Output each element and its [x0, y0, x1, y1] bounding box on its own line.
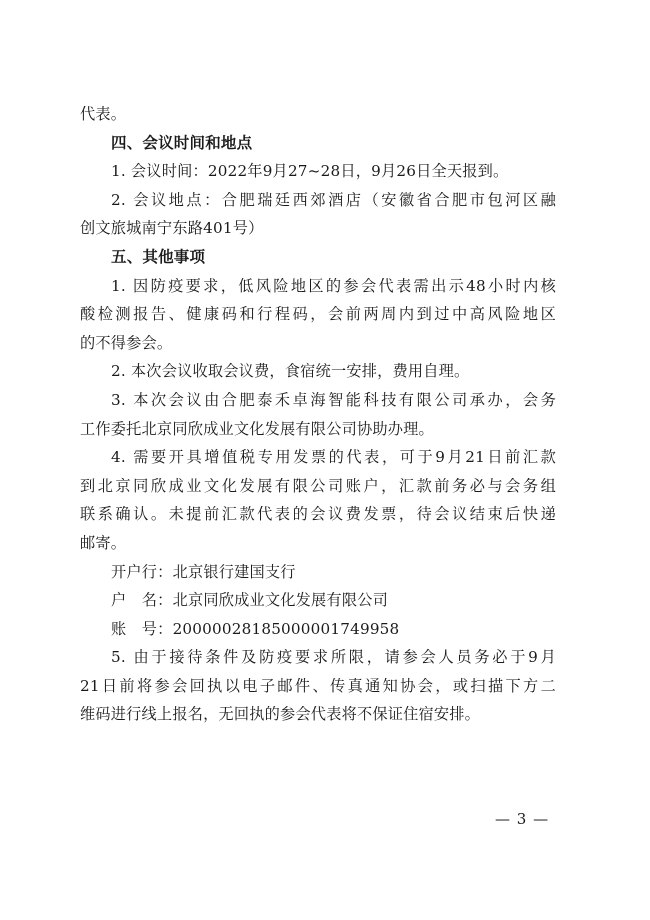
- document-page: 代表。 四、会议时间和地点 1. 会议时间：2022年9月27~28日，9月26…: [80, 100, 556, 729]
- account-number-row: 账 号：20000028185000001749958: [80, 615, 556, 644]
- item-4-line-4: 邮寄。: [80, 529, 556, 558]
- meeting-location: 2. 会议地点：合肥瑞廷西郊酒店（安徽省合肥市包河区融: [80, 186, 556, 215]
- meeting-location-cont: 创文旅城南宁东路401号）: [80, 214, 556, 243]
- account-number-label: 账 号：: [111, 615, 173, 644]
- account-name-value: 北京同欣成业文化发展有限公司: [173, 591, 388, 609]
- item-3-line-2: 工作委托北京同欣成业文化发展有限公司协助办理。: [80, 415, 556, 444]
- item-4-line-1: 4. 需要开具增值税专用发票的代表，可于9月21日前汇款: [80, 443, 556, 472]
- page-number: — 3 —: [495, 810, 549, 828]
- meeting-time: 1. 会议时间：2022年9月27~28日，9月26日全天报到。: [80, 157, 556, 186]
- account-name-label: 户 名：: [111, 586, 173, 615]
- item-5-line-3: 维码进行线上报名，无回执的参会代表将不保证住宿安排。: [80, 700, 556, 729]
- item-2: 2. 本次会议收取会议费，食宿统一安排，费用自理。: [80, 357, 556, 386]
- item-5-line-2: 21日前将参会回执以电子邮件、传真通知协会，或扫描下方二: [80, 672, 556, 701]
- item-1-line-1: 1. 因防疫要求，低风险地区的参会代表需出示48小时内核: [80, 272, 556, 301]
- item-4-line-2: 到北京同欣成业文化发展有限公司账户，汇款前务必与会务组: [80, 472, 556, 501]
- bank-name-row: 开户行：北京银行建国支行: [80, 558, 556, 587]
- item-4-line-3: 联系确认。未提前汇款代表的会议费发票，待会议结束后快递: [80, 500, 556, 529]
- bank-name-value: 北京银行建国支行: [173, 563, 296, 581]
- text-line: 代表。: [80, 100, 556, 129]
- item-5-line-1: 5. 由于接待条件及防疫要求所限，请参会人员务必于9月: [80, 643, 556, 672]
- item-3-line-1: 3. 本次会议由合肥泰禾卓海智能科技有限公司承办，会务: [80, 386, 556, 415]
- account-name-row: 户 名：北京同欣成业文化发展有限公司: [80, 586, 556, 615]
- bank-name-label: 开户行：: [111, 558, 173, 587]
- item-1-line-2: 酸检测报告、健康码和行程码，会前两周内到过中高风险地区: [80, 300, 556, 329]
- section-heading-time-location: 四、会议时间和地点: [80, 129, 556, 158]
- account-number-value: 20000028185000001749958: [173, 620, 400, 638]
- section-heading-other: 五、其他事项: [80, 243, 556, 272]
- item-1-line-3: 的不得参会。: [80, 329, 556, 358]
